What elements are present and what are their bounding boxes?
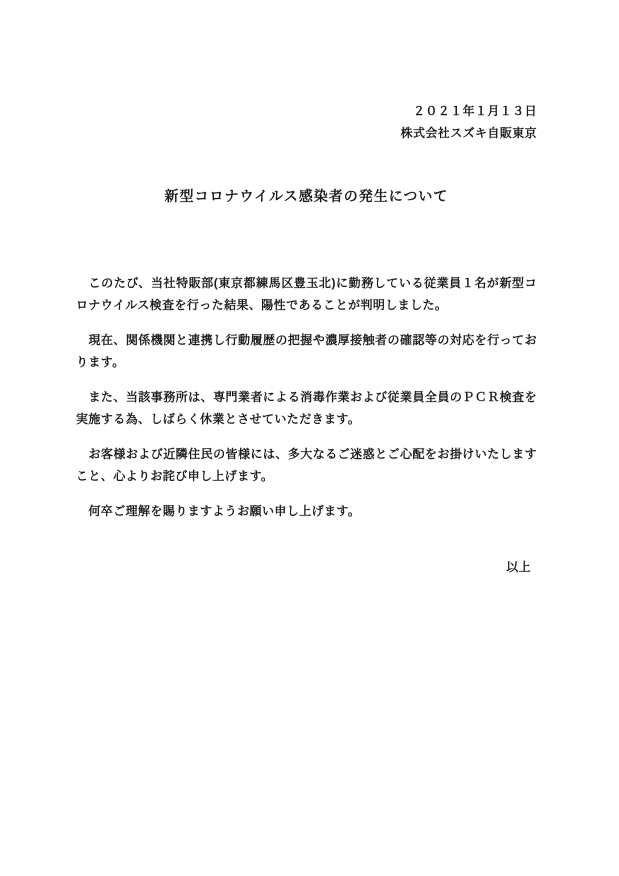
closing-line: 以上 xyxy=(76,556,537,578)
paragraph-understanding-request: 何卒ご理解を賜りますようお願い申し上げます。 xyxy=(76,500,537,522)
document-body: このたび、当社特販部(東京都練馬区豊玉北)に勤務している従業員１名が新型コロナウ… xyxy=(76,272,537,522)
paragraph-infection-report: このたび、当社特販部(東京都練馬区豊玉北)に勤務している従業員１名が新型コロナウ… xyxy=(76,272,537,316)
document-header: ２０２１年１月１３日 株式会社スズキ自販東京 xyxy=(76,100,537,144)
date-line: ２０２１年１月１３日 xyxy=(76,100,537,122)
paragraph-apology: お客様および近隣住民の皆様には、多大なるご迷惑とご心配をお掛けいたしますこと、心… xyxy=(76,443,537,487)
document-page: ２０２１年１月１３日 株式会社スズキ自販東京 新型コロナウイルス感染者の発生につ… xyxy=(0,0,619,876)
paragraph-office-closure: また、当該事務所は、専門業者による消毒作業および従業員全員のＰＣＲ検査を実施する… xyxy=(76,386,537,430)
document-title: 新型コロナウイルス感染者の発生について xyxy=(76,185,537,207)
company-name-line: 株式会社スズキ自販東京 xyxy=(76,122,537,144)
paragraph-contact-tracing: 現在、関係機関と連携し行動履歴の把握や濃厚接触者の確認等の対応を行っております。 xyxy=(76,329,537,373)
